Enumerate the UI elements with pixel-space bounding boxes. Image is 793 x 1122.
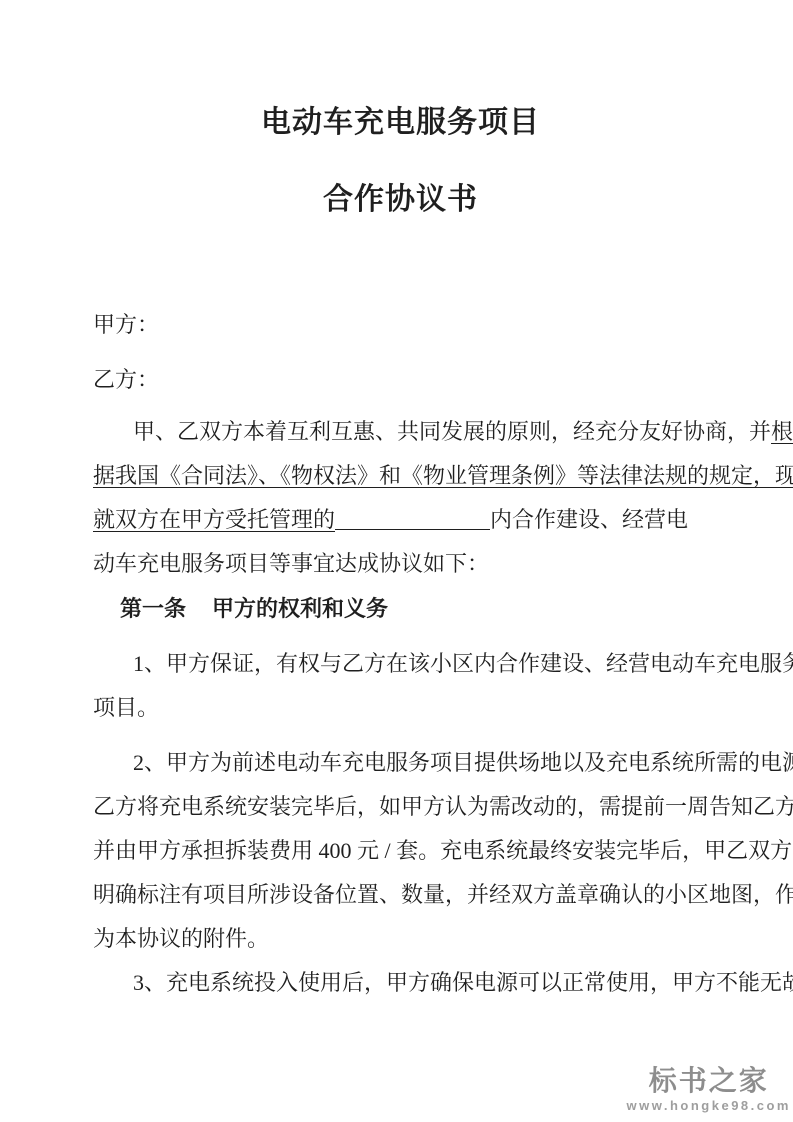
item-2-line: 明确标注有项目所涉设备位置、数量，并经双方盖章确认的小区地图，作 (93, 873, 708, 917)
intro-line-3-underlined: 就双方在甲方受托管理的 (93, 507, 335, 532)
section-1-item-2: 2、甲方为前述电动车充电服务项目提供场地以及充电系统所需的电源。 乙方将充电系统… (93, 741, 708, 961)
intro-line-2: 据我国《合同法》、《物权法》和《物业管理条例》等法律法规的规定，现 (93, 454, 708, 498)
item-2-line: 为本协议的附件。 (93, 917, 708, 961)
item-2-line: 并由甲方承担拆装费用 400 元 / 套。充电系统最终安装完毕后，甲乙双方 (93, 829, 708, 873)
section-1-heading-number: 第一条 (120, 596, 186, 621)
intro-line-3-text: 内合作建设、经营电 (490, 507, 688, 532)
section-1-item-3: 3、充电系统投入使用后，甲方确保电源可以正常使用，甲方不能无故 (93, 961, 708, 1005)
section-1-heading: 第一条甲方的权利和义务 (93, 587, 708, 631)
document-title-line1: 电动车充电服务项目 (93, 103, 708, 143)
intro-line-3: 就双方在甲方受托管理的内合作建设、经营电 (93, 498, 708, 542)
intro-paragraph: 甲、乙双方本着互利互惠、共同发展的原则，经充分友好协商，并根 据我国《合同法》、… (93, 410, 708, 586)
site-watermark: 标书之家 www.hongke98.com (627, 1065, 792, 1114)
document-title-line2: 合作协议书 (93, 180, 708, 220)
item-3-line: 3、充电系统投入使用后，甲方确保电源可以正常使用，甲方不能无故 (93, 961, 708, 1005)
fill-in-blank-line (335, 508, 490, 530)
section-1-item-1: 1、甲方保证，有权与乙方在该小区内合作建设、经营电动车充电服务 项目。 (93, 642, 708, 730)
item-2-line: 2、甲方为前述电动车充电服务项目提供场地以及充电系统所需的电源。 (93, 741, 708, 785)
document-page: 电动车充电服务项目 合作协议书 甲方： 乙方： 甲、乙双方本着互利互惠、共同发展… (0, 0, 793, 1122)
watermark-logo-text: 标书之家 (627, 1065, 792, 1097)
section-1-heading-title: 甲方的权利和义务 (212, 596, 388, 621)
intro-line-1-underlined: 根 (771, 419, 793, 444)
intro-line-1-text: 甲、乙双方本着互利互惠、共同发展的原则，经充分友好协商，并 (133, 419, 771, 444)
intro-line-2-underlined: 据我国《合同法》、《物权法》和《物业管理条例》等法律法规的规定，现 (93, 463, 793, 488)
intro-line-1: 甲、乙双方本着互利互惠、共同发展的原则，经充分友好协商，并根 (93, 410, 708, 454)
watermark-url: www.hongke98.com (627, 1098, 792, 1114)
item-1-line: 1、甲方保证，有权与乙方在该小区内合作建设、经营电动车充电服务 (93, 642, 708, 686)
party-a-label: 甲方： (93, 303, 708, 347)
party-b-label: 乙方： (93, 358, 708, 402)
item-2-line: 乙方将充电系统安装完毕后，如甲方认为需改动的，需提前一周告知乙方， (93, 785, 708, 829)
item-1-line: 项目。 (93, 686, 708, 730)
intro-line-4: 动车充电服务项目等事宜达成协议如下： (93, 542, 708, 586)
